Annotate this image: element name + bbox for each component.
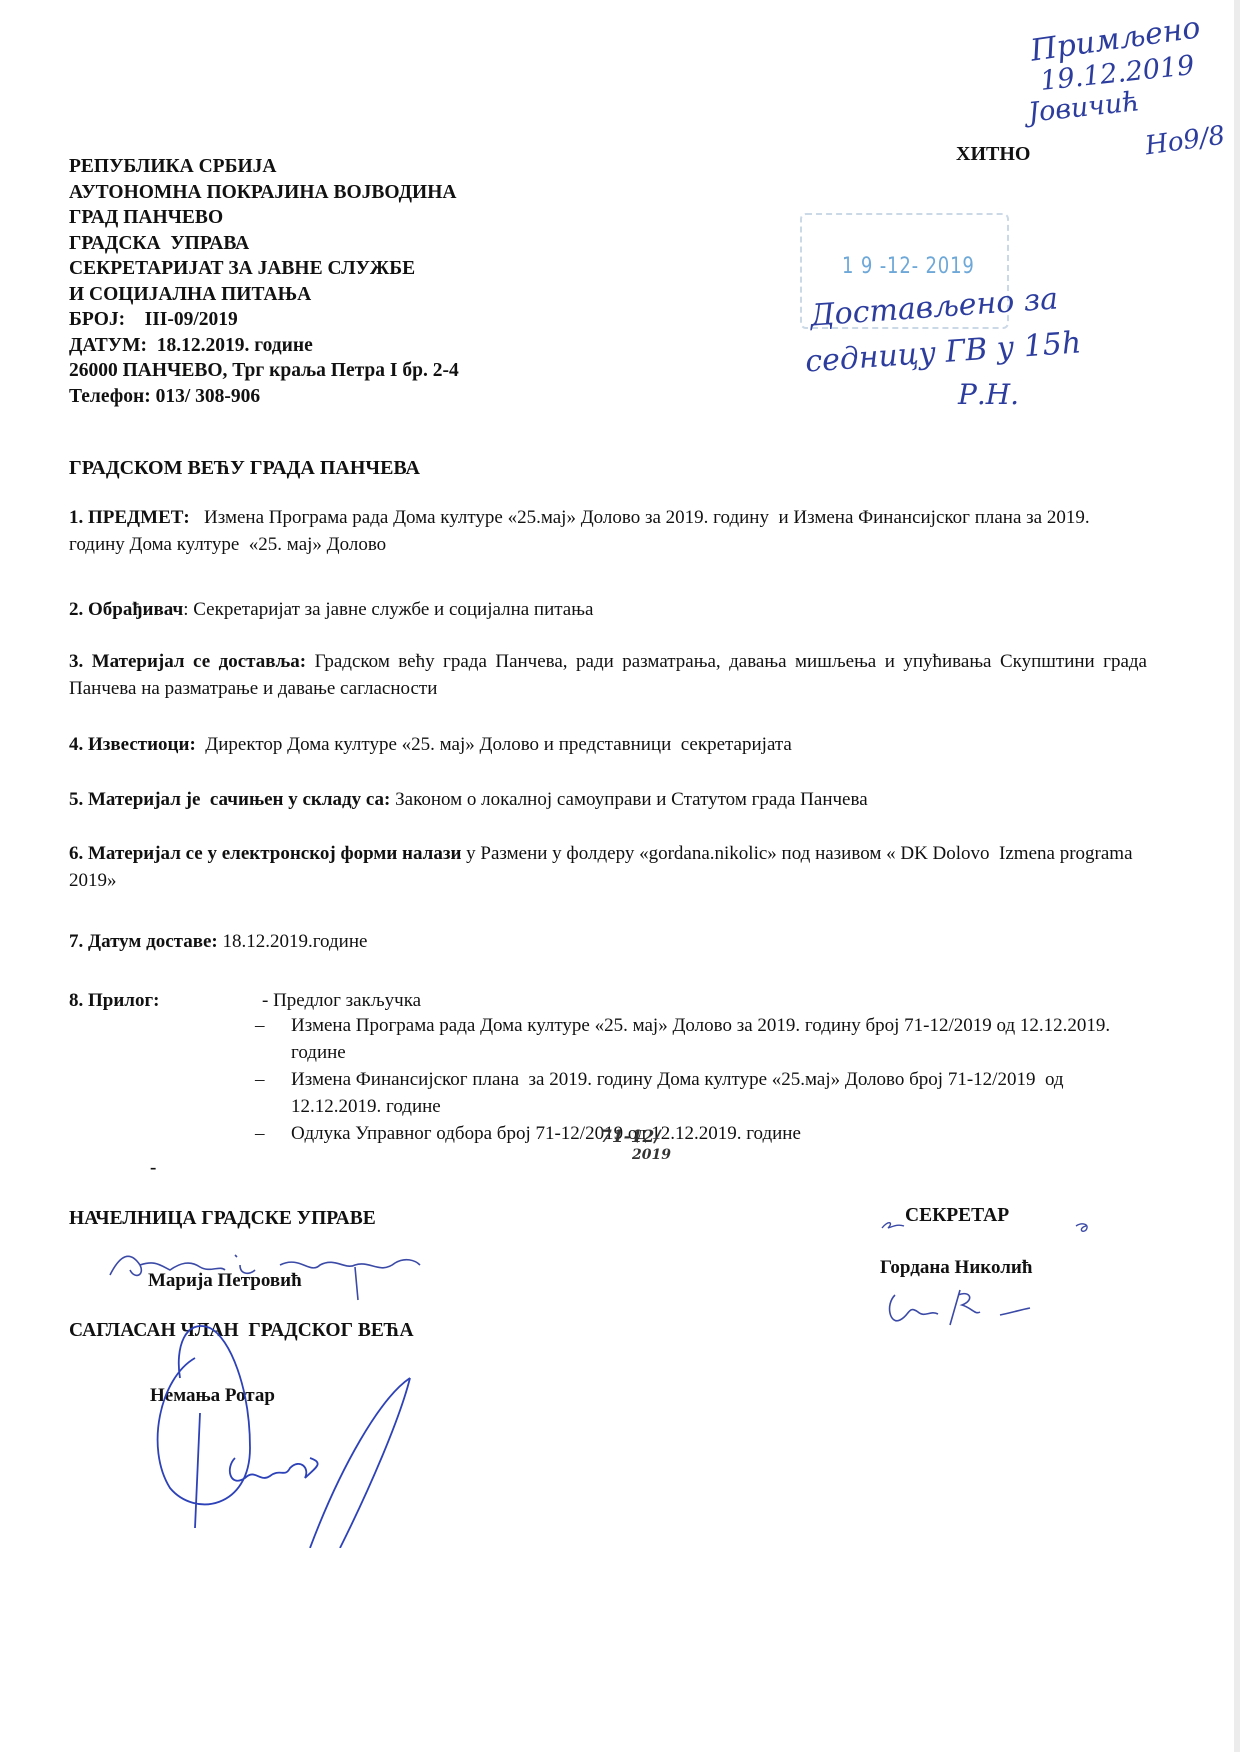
signature-nikolic: [880, 1280, 1040, 1330]
header-line: И СОЦИЈАЛНА ПИТАЊА: [69, 282, 459, 308]
received-note-line: Но9/8: [1143, 121, 1227, 162]
attachment-item: –Измена Програма рада Дома културе «25. …: [255, 1012, 1155, 1066]
header-line: РЕПУБЛИКА СРБИЈА: [69, 154, 459, 180]
attachment-text: Измена Програма рада Дома културе «25. м…: [291, 1015, 1110, 1063]
header-line: ГРАД ПАНЧЕВО: [69, 205, 459, 231]
attachment-item: - Предлог закључка: [262, 990, 421, 1012]
council-member-name: Немања Ротар: [150, 1385, 275, 1407]
stray-dash: -: [150, 1157, 156, 1179]
item-delivery-date: 7. Датум доставе: 18.12.2019.године: [69, 928, 1147, 955]
item-legal-basis: 5. Материјал је сачињен у складу са: Зак…: [69, 786, 1147, 813]
item-text: Директор Дома културе «25. мај» Долово и…: [196, 734, 792, 755]
document-page: РЕПУБЛИКА СРБИЈА АУТОНОМНА ПОКРАЈИНА ВОЈ…: [0, 0, 1240, 1752]
phone: Телефон: 013/ 308-906: [69, 384, 459, 410]
item-text: : Секретаријат за јавне службе и социјал…: [183, 599, 593, 620]
item-delivered-to: 3. Материјал се доставља: Градском већу …: [69, 648, 1147, 702]
list-dash: –: [255, 1120, 265, 1147]
document-date: ДАТУМ: 18.12.2019. године: [69, 333, 459, 359]
item-subject: 1. ПРЕДМЕТ: Измена Програма рада Дома ку…: [69, 504, 1147, 558]
attachment-item: –Измена Финансијског плана за 2019. годи…: [255, 1066, 1155, 1120]
attachment-item: –Одлука Управног одбора број 71-12/2019 …: [255, 1120, 1155, 1147]
svg-text:2019: 2019: [631, 1147, 671, 1163]
recipient: ГРАДСКОМ ВЕЋУ ГРАДА ПАНЧЕВА: [69, 457, 420, 480]
urgent-label: ХИТНО: [956, 143, 1030, 166]
item-label: 4. Известиоци:: [69, 734, 196, 755]
header-line: ГРАДСКА УПРАВА: [69, 231, 459, 257]
stamp-date: 1 9 -12- 2019: [842, 254, 975, 279]
address: 26000 ПАНЧЕВО, Трг краља Петра I бр. 2-4: [69, 358, 459, 384]
item-text: 18.12.2019.године: [218, 931, 368, 952]
item-label: 6. Материјал се у електронској форми нал…: [69, 843, 461, 864]
attachment-text: Измена Финансијског плана за 2019. годин…: [291, 1069, 1068, 1117]
attachments-list: –Измена Програма рада Дома културе «25. …: [255, 1012, 1155, 1147]
secretary-title: СЕКРЕТАР: [905, 1205, 1009, 1227]
council-member-title: САГЛАСАН ЧЛАН ГРАДСКОГ ВЕЋА: [69, 1320, 414, 1342]
scan-edge: [1234, 0, 1240, 1752]
item-rapporteurs: 4. Известиоци: Директор Дома културе «25…: [69, 731, 1147, 758]
head-of-administration-title: НАЧЕЛНИЦА ГРАДСКЕ УПРАВЕ: [69, 1208, 376, 1230]
attachments-label: 8. Прилог:: [69, 990, 159, 1012]
item-electronic-location: 6. Материјал се у електронској форми нал…: [69, 840, 1147, 894]
item-processor: 2. Обрађивач: Секретаријат за јавне служ…: [69, 596, 1147, 623]
delivery-note-line: Р.Н.: [958, 378, 1019, 411]
item-text: Измена Програма рада Дома културе «25.ма…: [69, 507, 1094, 555]
header-line: СЕКРЕТАРИЈАТ ЗА ЈАВНЕ СЛУЖБЕ: [69, 256, 459, 282]
head-of-administration-name: Марија Петровић: [148, 1270, 302, 1292]
secretary-name: Гордана Николић: [880, 1257, 1032, 1279]
item-label: 5. Материјал је сачињен у складу са:: [69, 789, 390, 810]
list-dash: –: [255, 1012, 265, 1039]
item-label: 3. Материјал се доставља:: [69, 651, 306, 672]
item-label: 2. Обрађивач: [69, 599, 183, 620]
item-label: 7. Датум доставе:: [69, 931, 218, 952]
letterhead: РЕПУБЛИКА СРБИЈА АУТОНОМНА ПОКРАЈИНА ВОЈ…: [69, 154, 459, 409]
signature-rotar: [140, 1318, 430, 1548]
attachment-text: Одлука Управног одбора број 71-12/2019 о…: [291, 1123, 801, 1144]
list-dash: –: [255, 1066, 265, 1093]
item-label: 1. ПРЕДМЕТ:: [69, 507, 190, 528]
document-number: БРОЈ: III-09/2019: [69, 307, 459, 333]
item-text: Законом о локалној самоуправи и Статутом…: [390, 789, 867, 810]
delivery-note-line: седницу ГВ у 15h: [804, 325, 1082, 379]
header-line: АУТОНОМНА ПОКРАЈИНА ВОЈВОДИНА: [69, 180, 459, 206]
